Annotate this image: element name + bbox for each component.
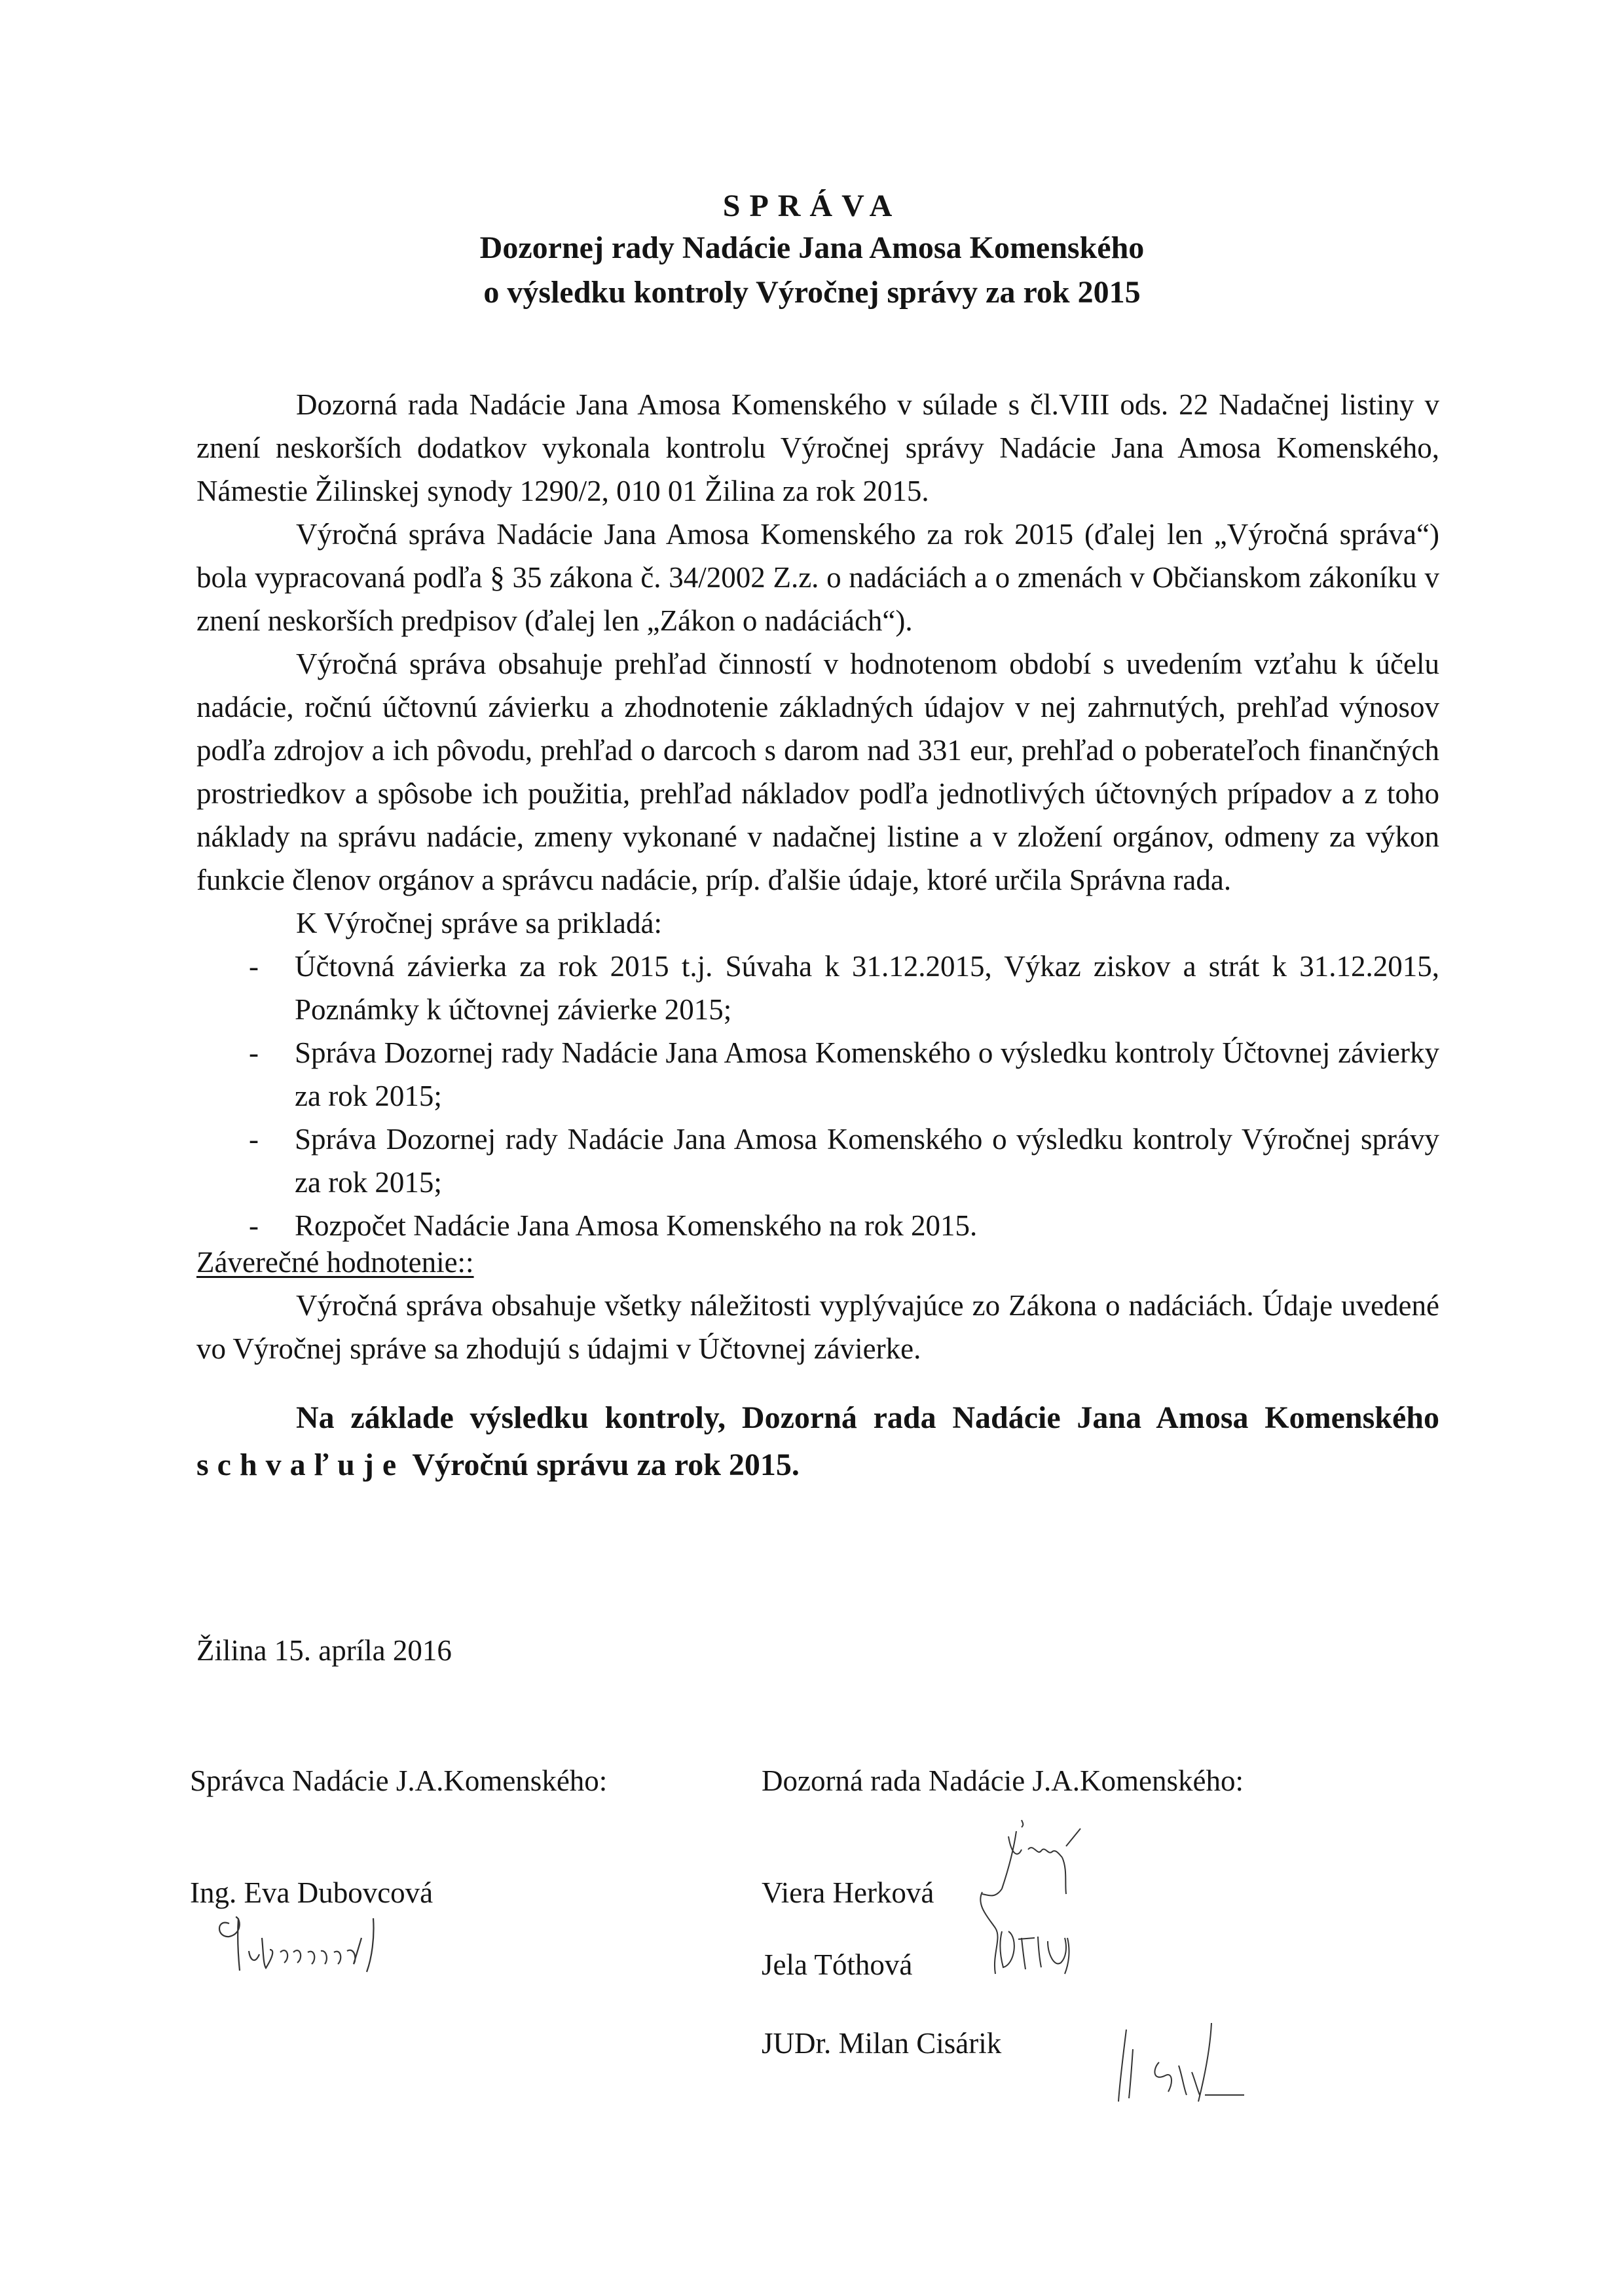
annex-intro: K Výročnej správe sa prikladá: xyxy=(196,902,1439,945)
title-block: SPRÁVA Dozornej rady Nadácie Jana Amosa … xyxy=(0,187,1624,315)
annex-item: -Správa Dozornej rady Nadácie Jana Amosa… xyxy=(196,1118,1439,1204)
annex-item-text: Správa Dozornej rady Nadácie Jana Amosa … xyxy=(295,1123,1439,1199)
decision-statement: Na základe výsledku kontroly, Dozorná ra… xyxy=(196,1394,1439,1489)
bullet-dash: - xyxy=(249,945,259,988)
paragraph-2: Výročná správa Nadácie Jana Amosa Komens… xyxy=(196,513,1439,642)
annex-item-text: Účtovná závierka za rok 2015 t.j. Súvaha… xyxy=(295,950,1439,1026)
decision-part-1: Na základe výsledku kontroly, Dozorná ra… xyxy=(296,1400,1439,1435)
supervisory-board-heading: Dozorná rada Nadácie J.A.Komenského: xyxy=(762,1761,1244,1800)
signatory-name-herkova: Viera Herková xyxy=(762,1876,934,1910)
document-body: Dozorná rada Nadácie Jana Amosa Komenské… xyxy=(196,383,1439,1247)
document-page: SPRÁVA Dozornej rady Nadácie Jana Amosa … xyxy=(0,0,1624,2296)
signatory-name-cisarik: JUDr. Milan Cisárik xyxy=(762,2026,1001,2060)
signature-cisarik xyxy=(1113,2010,1270,2111)
paragraph-1: Dozorná rada Nadácie Jana Amosa Komenské… xyxy=(196,383,1439,513)
annex-list: -Účtovná závierka za rok 2015 t.j. Súvah… xyxy=(196,945,1439,1247)
decision-verb: schvaľuje xyxy=(196,1448,405,1482)
signatory-name-tothova: Jela Tóthová xyxy=(762,1948,912,1982)
annex-item-text: Správa Dozornej rady Nadácie Jana Amosa … xyxy=(295,1036,1439,1112)
document-title: SPRÁVA xyxy=(0,187,1624,226)
decision-part-2: Výročnú správu za rok 2015. xyxy=(412,1448,800,1482)
document-subtitle-line-2: o výsledku kontroly Výročnej správy za r… xyxy=(0,270,1624,315)
signatory-name-dubovcova: Ing. Eva Dubovcová xyxy=(190,1876,433,1910)
final-assessment-text: Výročná správa obsahuje všetky náležitos… xyxy=(196,1284,1439,1370)
final-assessment: Záverečné hodnotenie:: Výročná správa ob… xyxy=(196,1241,1439,1370)
administrator-heading: Správca Nadácie J.A.Komenského: xyxy=(190,1761,607,1800)
place-and-date: Žilina 15. apríla 2016 xyxy=(196,1633,452,1667)
annex-item: -Účtovná závierka za rok 2015 t.j. Súvah… xyxy=(196,945,1439,1031)
paragraph-3: Výročná správa obsahuje prehľad činností… xyxy=(196,642,1439,902)
bullet-dash: - xyxy=(249,1118,259,1161)
document-subtitle-line-1: Dozornej rady Nadácie Jana Amosa Komensk… xyxy=(0,226,1624,270)
signature-dubovcova xyxy=(210,1912,419,1987)
bullet-dash: - xyxy=(249,1031,259,1074)
final-assessment-heading: Záverečné hodnotenie:: xyxy=(196,1241,1439,1284)
signature-tothova xyxy=(982,1892,1139,1980)
annex-item: -Správa Dozornej rady Nadácie Jana Amosa… xyxy=(196,1031,1439,1118)
annex-item-text: Rozpočet Nadácie Jana Amosa Komenského n… xyxy=(295,1209,977,1242)
